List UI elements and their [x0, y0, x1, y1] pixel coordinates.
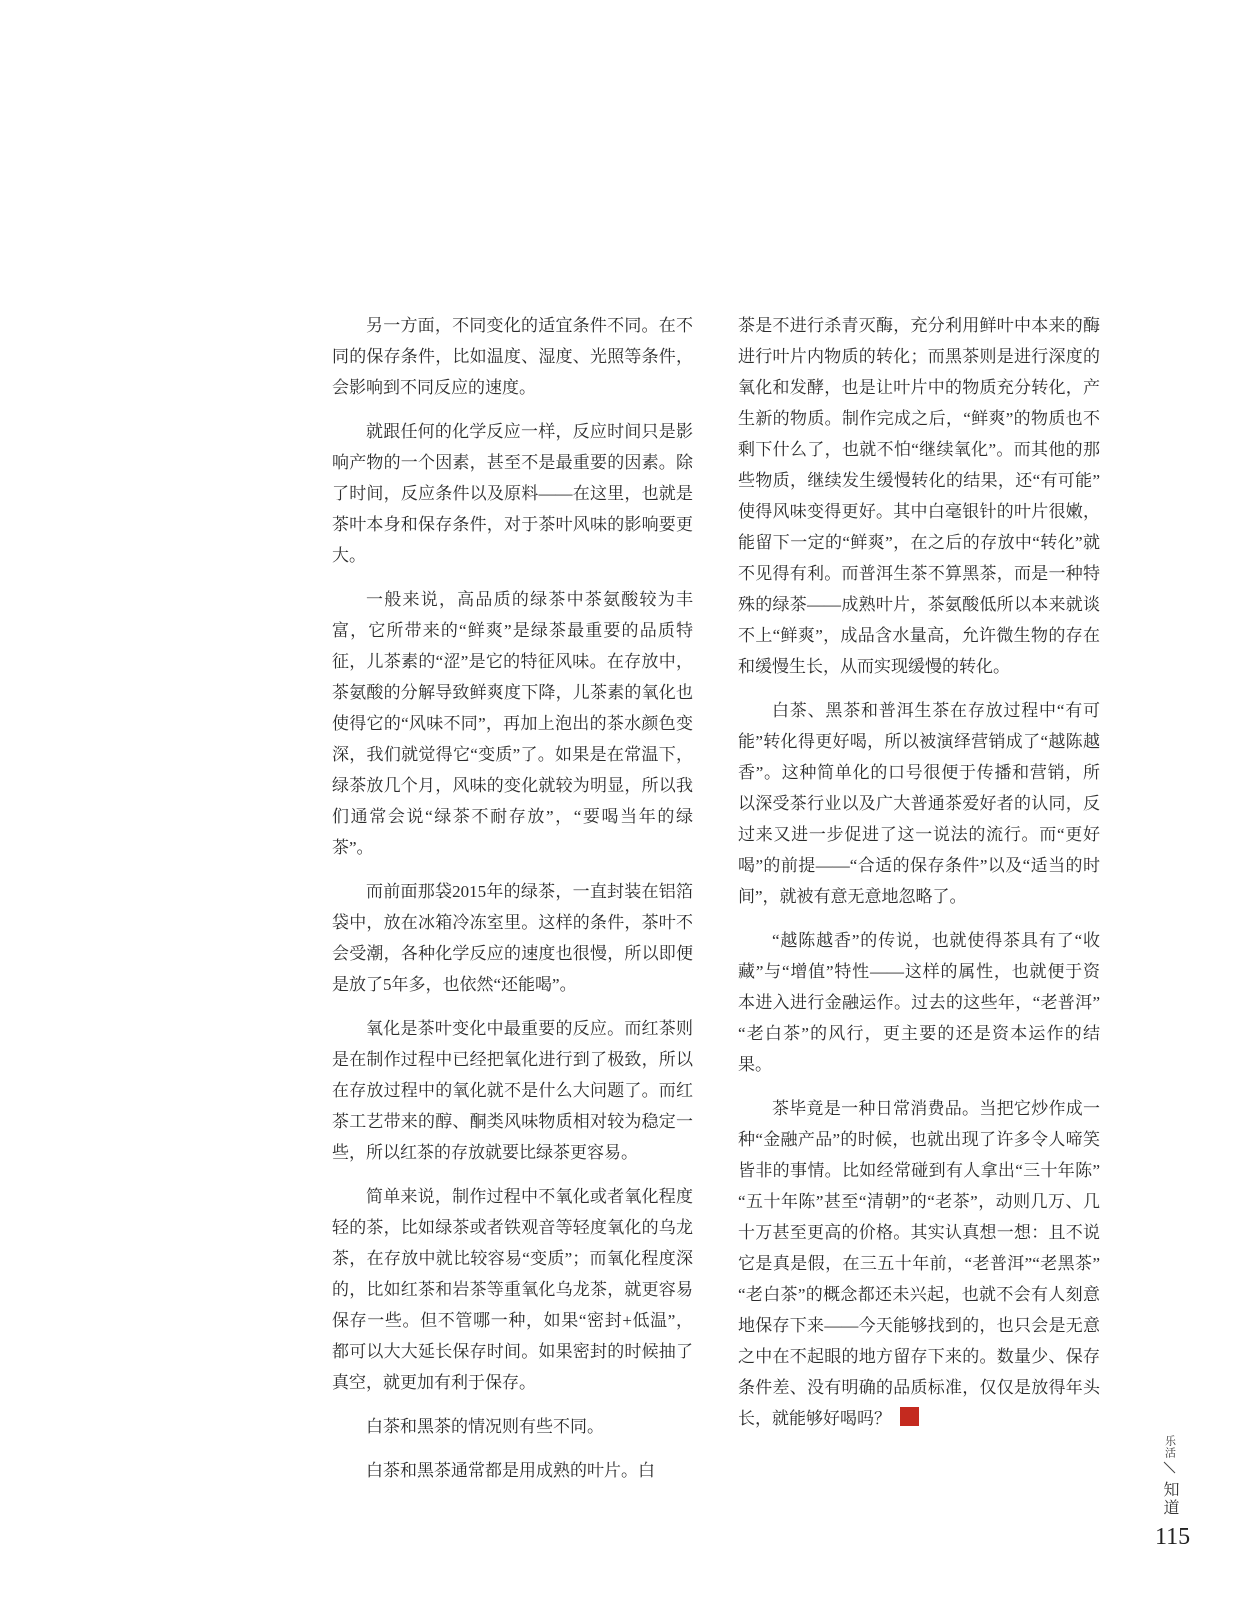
- article-column-right: 茶是不进行杀青灭酶，充分利用鲜叶中本来的酶进行叶片内物质的转化；而黑茶则是进行深…: [738, 310, 1100, 1447]
- page-margin-section-label: 乐活 知道: [1158, 1435, 1180, 1517]
- paragraph-text: 茶毕竟是一种日常消费品。当把它炒作成一种“金融产品”的时候，也就出现了许多令人啼…: [738, 1099, 1100, 1428]
- paragraph: 茶毕竟是一种日常消费品。当把它炒作成一种“金融产品”的时候，也就出现了许多令人啼…: [738, 1093, 1100, 1434]
- section-label-lehuo: 乐活: [1164, 1435, 1175, 1459]
- paragraph: 白茶和黑茶通常都是用成熟的叶片。白: [332, 1455, 693, 1486]
- section-label-zhidao: 知道: [1161, 1481, 1177, 1517]
- article-end-marker: [900, 1407, 919, 1426]
- paragraph: 就跟任何的化学反应一样，反应时间只是影响产物的一个因素，甚至不是最重要的因素。除…: [332, 416, 693, 571]
- paragraph: 白茶和黑茶的情况则有些不同。: [332, 1411, 693, 1442]
- section-divider-slash-icon: [1162, 1460, 1177, 1480]
- paragraph: 白茶、黑茶和普洱生茶在存放过程中“有可能”转化得更好喝，所以被演绎营销成了“越陈…: [738, 695, 1100, 912]
- article-column-left: 另一方面，不同变化的适宜条件不同。在不同的保存条件，比如温度、湿度、光照等条件，…: [332, 310, 693, 1499]
- page-number: 115: [1155, 1524, 1190, 1550]
- paragraph: 茶是不进行杀青灭酶，充分利用鲜叶中本来的酶进行叶片内物质的转化；而黑茶则是进行深…: [738, 310, 1100, 682]
- paragraph: 一般来说，高品质的绿茶中茶氨酸较为丰富，它所带来的“鲜爽”是绿茶最重要的品质特征…: [332, 584, 693, 863]
- paragraph: 另一方面，不同变化的适宜条件不同。在不同的保存条件，比如温度、湿度、光照等条件，…: [332, 310, 693, 403]
- paragraph: 而前面那袋2015年的绿茶，一直封装在铝箔袋中，放在冰箱冷冻室里。这样的条件，茶…: [332, 876, 693, 1000]
- magazine-page: 另一方面，不同变化的适宜条件不同。在不同的保存条件，比如温度、湿度、光照等条件，…: [0, 0, 1240, 1623]
- paragraph: 简单来说，制作过程中不氧化或者氧化程度轻的茶，比如绿茶或者铁观音等轻度氧化的乌龙…: [332, 1181, 693, 1398]
- paragraph: 氧化是茶叶变化中最重要的反应。而红茶则是在制作过程中已经把氧化进行到了极致，所以…: [332, 1013, 693, 1168]
- paragraph: “越陈越香”的传说，也就使得茶具有了“收藏”与“增值”特性——这样的属性，也就便…: [738, 925, 1100, 1080]
